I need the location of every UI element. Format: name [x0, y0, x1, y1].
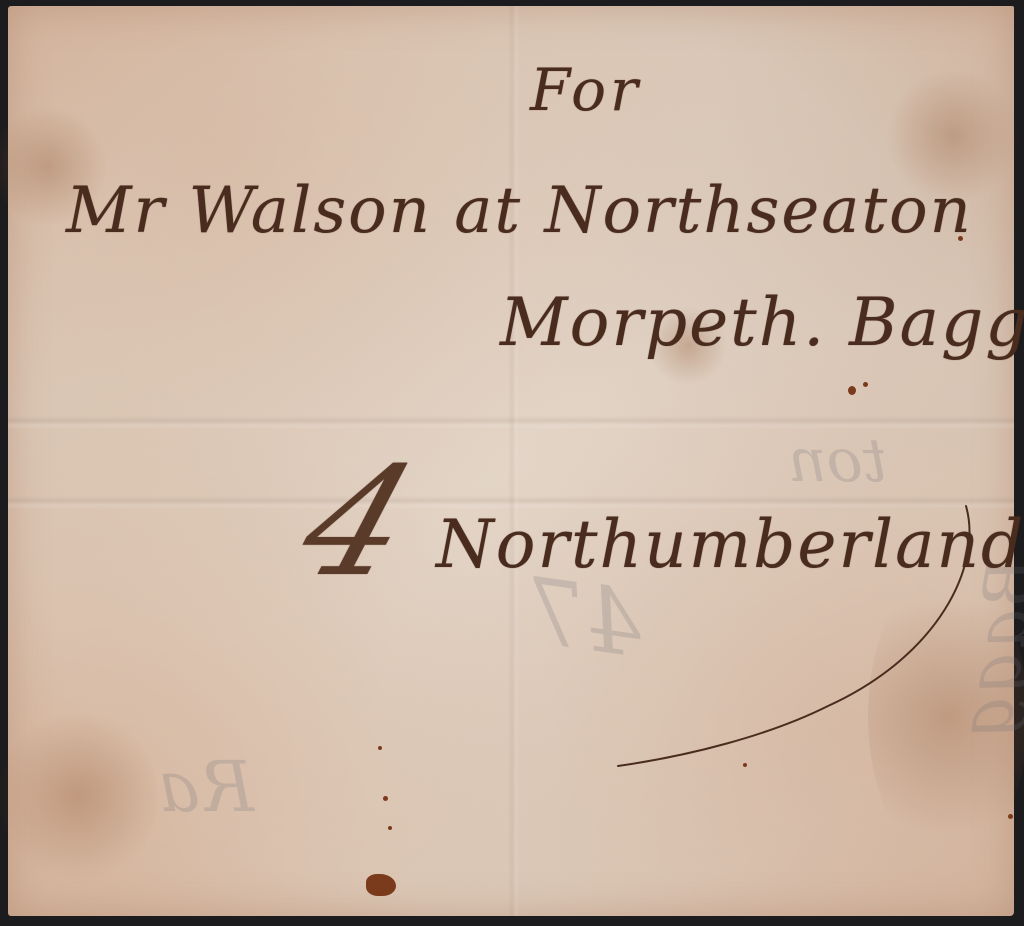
letter-cover: 47 Ra Bagg ton For Mr Walson at Northsea… — [8, 6, 1014, 916]
flourish-curve — [8, 6, 1014, 916]
